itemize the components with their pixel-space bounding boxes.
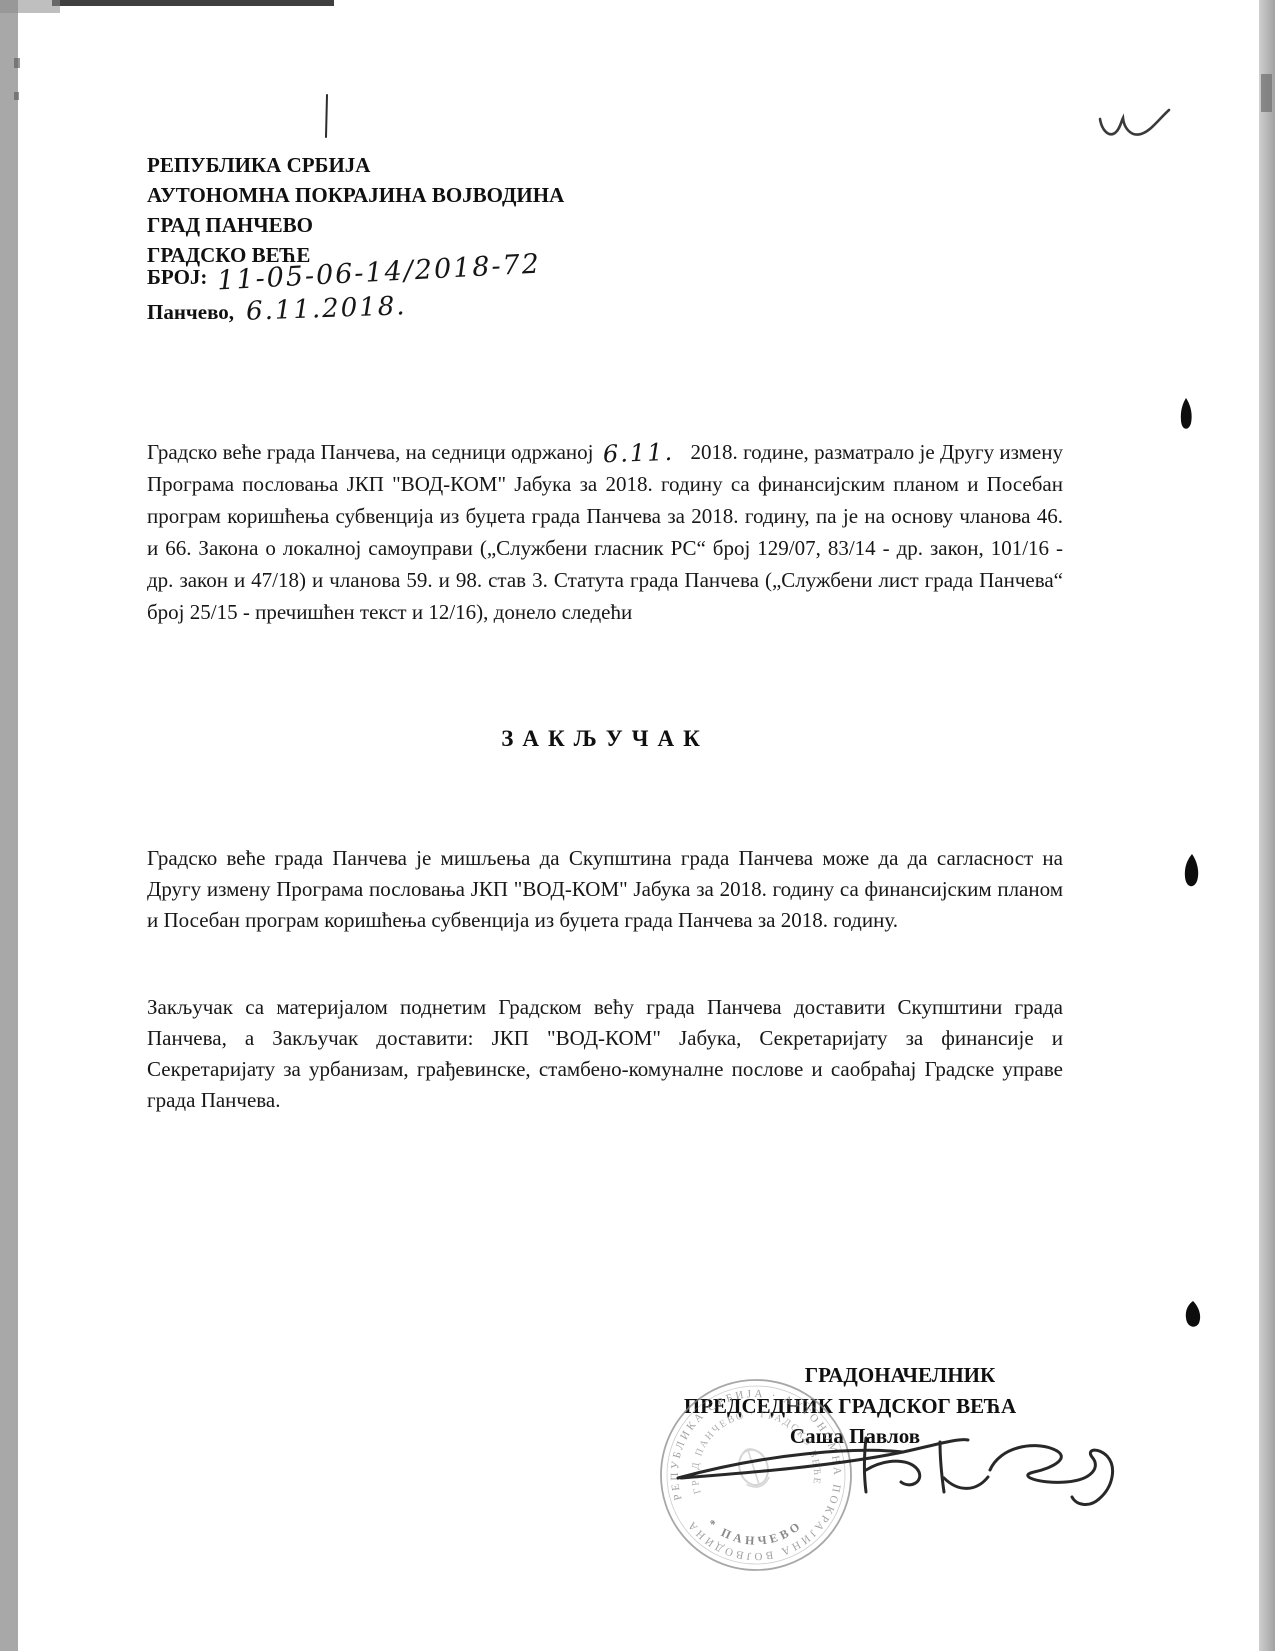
letterhead-country: РЕПУБЛИКА СРБИЈА	[147, 150, 564, 180]
letterhead-city: ГРАД ПАНЧЕВО	[147, 210, 564, 240]
scan-speck	[14, 92, 19, 100]
place-label: Панчево,	[147, 300, 234, 324]
stamp-emblem	[734, 1445, 773, 1491]
scan-corner-smudge	[0, 0, 60, 13]
ink-blot-mark	[1186, 1301, 1200, 1327]
document-title: ЗАКЉУЧАК	[147, 726, 1063, 752]
intro-paragraph: Градско веће града Панчева, на седници о…	[147, 436, 1063, 628]
opinion-paragraph: Градско веће града Панчева је мишљења да…	[147, 843, 1063, 936]
scan-edge-dark-mark	[1261, 74, 1272, 112]
ink-blot-mark	[1185, 854, 1198, 886]
signature-role-mayor: ГРАДОНАЧЕЛНИК	[690, 1363, 1110, 1388]
svg-text:* ПАНЧЕВО: * ПАНЧЕВО	[703, 1491, 808, 1565]
official-round-stamp: РЕПУБЛИКА СРБИЈА · АУТОНОМНА ПОКРАЈИНА В…	[636, 1355, 875, 1594]
pen-tick-mark	[326, 95, 327, 137]
handwritten-squiggle-mark	[1100, 110, 1169, 135]
ink-blot-mark	[1181, 398, 1192, 429]
scan-edge-right	[1259, 0, 1275, 1651]
stamp-bottom-text: * ПАНЧЕВО	[703, 1491, 808, 1565]
session-date-handwritten: 6.11.	[603, 440, 675, 466]
scan-edge-top	[52, 0, 334, 6]
scan-speck	[14, 58, 20, 68]
signatory-name: Саша Павлов	[645, 1424, 1065, 1449]
signature-role-council-president: ПРЕДСЕДНИК ГРАДСКОГ ВЕЋА	[640, 1394, 1060, 1419]
scan-edge-left	[0, 0, 18, 1651]
scanned-document-page: РЕПУБЛИКА СРБИЈА АУТОНОМНА ПОКРАЈИНА ВОЈ…	[0, 0, 1275, 1651]
intro-text-before-date: Градско веће града Панчева, на седници о…	[147, 440, 593, 464]
number-label: БРОЈ:	[147, 265, 207, 289]
place-date-line: Панчево,6.11.2018.	[147, 296, 407, 326]
date-handwritten-value: 6.11.2018.	[246, 291, 408, 327]
document-number-line: БРОЈ:11-05-06-14/2018-72	[147, 260, 542, 291]
letterhead-province: АУТОНОМНА ПОКРАЈИНА ВОЈВОДИНА	[147, 180, 564, 210]
delivery-paragraph: Закључак са материјалом поднетим Градско…	[147, 992, 1063, 1116]
